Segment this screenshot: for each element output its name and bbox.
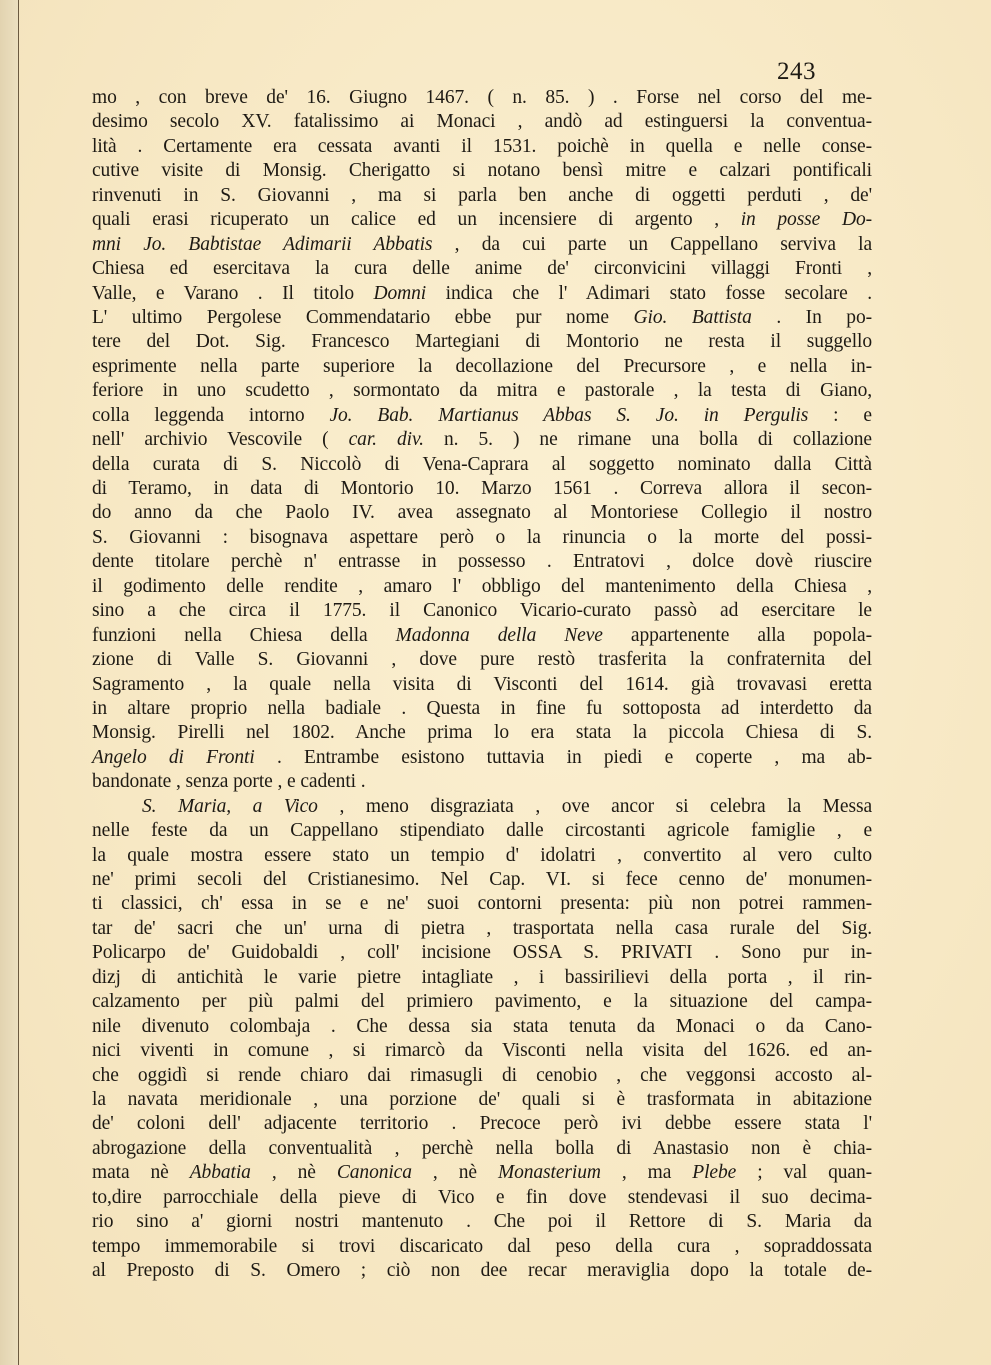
text-segment: zione di Valle S. Giovanni , dove pure r… [92, 649, 872, 670]
text-line: Chiesa ed esercitava la cura delle anime… [92, 257, 872, 281]
text-segment: bandonate , senza porte , e cadenti . [92, 771, 366, 792]
italic-text: Jo. Bab. Martianus Abbas S. Jo. in Pergu… [329, 405, 808, 426]
text-line: do anno da che Paolo IV. avea assegnato … [92, 501, 872, 525]
text-segment: di Teramo, in data di Montorio 10. Marzo… [92, 478, 872, 499]
text-line: S. Giovanni : bisognava aspettare però o… [92, 526, 872, 550]
text-segment: rinvenuti in S. Giovanni , ma si parla b… [92, 185, 872, 206]
text-line: sino a che circa il 1775. il Canonico Vi… [92, 599, 872, 623]
text-segment: feriore in uno scudetto , sormontato da … [92, 380, 872, 401]
text-line: rio sino a' giorni nostri mantenuto . Ch… [92, 1210, 872, 1234]
italic-text: Madonna della Neve [396, 625, 603, 646]
text-line: mni Jo. Babtistae Adimarii Abbatis , da … [92, 233, 872, 257]
text-segment: che oggidì si rende chiaro dai rimasugli… [92, 1065, 872, 1086]
text-segment: to,dire parrocchiale della pieve di Vico… [92, 1187, 872, 1208]
text-segment: ; val quan- [736, 1162, 872, 1183]
text-segment: la quale mostra essere stato un tempio d… [92, 845, 872, 866]
text-segment: , ma [601, 1162, 692, 1183]
text-segment: mata nè [92, 1162, 190, 1183]
text-line: ne' primi secoli del Cristianesimo. Nel … [92, 868, 872, 892]
text-segment: mo , con breve de' 16. Giugno 1467. ( n.… [92, 87, 872, 108]
italic-text: Angelo di Fronti [92, 747, 255, 768]
text-line: de' coloni dell' adjacente territorio . … [92, 1112, 872, 1136]
italic-text: Canonica [337, 1162, 412, 1183]
text-line: Valle, e Varano . Il titolo Domni indica… [92, 282, 872, 306]
text-segment: de' coloni dell' adjacente territorio . … [92, 1113, 872, 1134]
text-segment: S. Giovanni : bisognava aspettare però o… [92, 527, 872, 548]
italic-text: Abbatia [190, 1162, 251, 1183]
text-line: di Teramo, in data di Montorio 10. Marzo… [92, 477, 872, 501]
text-line: la quale mostra essere stato un tempio d… [92, 844, 872, 868]
text-line: abrogazione della conventualità , perchè… [92, 1137, 872, 1161]
text-segment: , nè [412, 1162, 498, 1183]
text-segment: della curata di S. Niccolò di Vena-Capra… [92, 454, 872, 475]
text-segment: , da cui parte un Cappellano serviva la [432, 234, 872, 255]
text-line: tempo immemorabile si trovi discaricato … [92, 1235, 872, 1259]
italic-text: Plebe [692, 1162, 736, 1183]
text-segment: nell' archivio Vescovile ( [92, 429, 349, 450]
text-segment: . Entrambe esistono tuttavia in piedi e … [255, 747, 872, 768]
text-segment: tempo immemorabile si trovi discaricato … [92, 1236, 872, 1257]
text-segment: Monsig. Pirelli nel 1802. Anche prima lo… [92, 722, 872, 743]
text-line: nell' archivio Vescovile ( car. div. n. … [92, 428, 872, 452]
text-segment: abrogazione della conventualità , perchè… [92, 1138, 872, 1159]
text-segment: Chiesa ed esercitava la cura delle anime… [92, 258, 872, 279]
text-line: il godimento delle rendite , amaro l' ob… [92, 575, 872, 599]
text-segment: : e [808, 405, 872, 426]
text-segment: do anno da che Paolo IV. avea assegnato … [92, 502, 872, 523]
text-segment: dente titolare perchè n' entrasse in pos… [92, 551, 872, 572]
text-segment: nici viventi in comune , si rimarcò da V… [92, 1040, 872, 1061]
text-segment: L' ultimo Pergolese Commendatario ebbe p… [92, 307, 634, 328]
text-segment: Sagramento , la quale nella visita di Vi… [92, 674, 872, 695]
text-segment: quali erasi ricuperato un calice ed un i… [92, 209, 741, 230]
text-segment: rio sino a' giorni nostri mantenuto . Ch… [92, 1211, 872, 1232]
text-segment: . In po- [752, 307, 872, 328]
text-line: funzioni nella Chiesa della Madonna dell… [92, 624, 872, 648]
text-segment: appartenente alla popola- [603, 625, 872, 646]
text-line: Monsig. Pirelli nel 1802. Anche prima lo… [92, 721, 872, 745]
text-line: nelle feste da un Cappellano stipendiato… [92, 819, 872, 843]
italic-text: Domni [374, 283, 427, 304]
text-line: la navata meridionale , una porzione de'… [92, 1088, 872, 1112]
text-line: dente titolare perchè n' entrasse in pos… [92, 550, 872, 574]
text-line: Angelo di Fronti . Entrambe esistono tut… [92, 746, 872, 770]
italic-text: in posse Do- [741, 209, 872, 230]
text-segment: colla leggenda intorno [92, 405, 329, 426]
text-line: S. Maria, a Vico , meno disgraziata , ov… [92, 795, 872, 819]
italic-text: mni Jo. Babtistae Adimarii Abbatis [92, 234, 432, 255]
text-line: Sagramento , la quale nella visita di Vi… [92, 673, 872, 697]
italic-text: S. Maria, a Vico [142, 796, 318, 817]
text-line: tere del Dot. Sig. Francesco Martegiani … [92, 330, 872, 354]
text-line: colla leggenda intorno Jo. Bab. Martianu… [92, 404, 872, 428]
text-line: quali erasi ricuperato un calice ed un i… [92, 208, 872, 232]
book-page: 243 mo , con breve de' 16. Giugno 1467. … [19, 0, 991, 1365]
text-line: in altare proprio nella badiale . Questa… [92, 697, 872, 721]
text-line: bandonate , senza porte , e cadenti . [92, 770, 872, 794]
text-line: desimo secolo XV. fatalissimo ai Monaci … [92, 110, 872, 134]
text-segment: in altare proprio nella badiale . Questa… [92, 698, 872, 719]
text-segment: calzamento per più palmi del primiero pa… [92, 991, 872, 1012]
italic-text: Monasterium [498, 1162, 601, 1183]
text-line: Policarpo de' Guidobaldi , coll' incisio… [92, 941, 872, 965]
text-segment: ne' primi secoli del Cristianesimo. Nel … [92, 869, 872, 890]
text-segment: al Preposto di S. Omero ; ciò non dee re… [92, 1260, 872, 1281]
text-segment: funzioni nella Chiesa della [92, 625, 396, 646]
text-line: lità . Certamente era cessata avanti il … [92, 135, 872, 159]
text-segment: indica che l' Adimari stato fosse secola… [426, 283, 872, 304]
text-line: L' ultimo Pergolese Commendatario ebbe p… [92, 306, 872, 330]
text-line: rinvenuti in S. Giovanni , ma si parla b… [92, 184, 872, 208]
text-segment: il godimento delle rendite , amaro l' ob… [92, 576, 872, 597]
text-segment: cutive visite di Monsig. Cherigatto si n… [92, 160, 872, 181]
italic-text: Gio. Battista [634, 307, 752, 328]
text-line: esprimente nella parte superiore la deco… [92, 355, 872, 379]
text-line: calzamento per più palmi del primiero pa… [92, 990, 872, 1014]
text-line: cutive visite di Monsig. Cherigatto si n… [92, 159, 872, 183]
text-segment: Valle, e Varano . Il titolo [92, 283, 374, 304]
text-segment: dizj di antichità le varie pietre intagl… [92, 967, 872, 988]
text-segment: nelle feste da un Cappellano stipendiato… [92, 820, 872, 841]
body-text: mo , con breve de' 16. Giugno 1467. ( n.… [92, 86, 872, 1283]
text-segment: esprimente nella parte superiore la deco… [92, 356, 872, 377]
text-line: tar de' sacri che un' urna di pietra , t… [92, 917, 872, 941]
text-line: che oggidì si rende chiaro dai rimasugli… [92, 1064, 872, 1088]
text-line: nici viventi in comune , si rimarcò da V… [92, 1039, 872, 1063]
page-number: 243 [777, 58, 816, 86]
italic-text: car. div. [349, 429, 424, 450]
text-line: dizj di antichità le varie pietre intagl… [92, 966, 872, 990]
text-segment: lità . Certamente era cessata avanti il … [92, 136, 872, 157]
text-segment: , nè [251, 1162, 337, 1183]
text-line: to,dire parrocchiale della pieve di Vico… [92, 1186, 872, 1210]
text-segment: desimo secolo XV. fatalissimo ai Monaci … [92, 111, 872, 132]
text-line: nile divenuto colombaja . Che dessa sia … [92, 1015, 872, 1039]
text-segment: n. 5. ) ne rimane una bolla di collazion… [424, 429, 872, 450]
text-line: zione di Valle S. Giovanni , dove pure r… [92, 648, 872, 672]
book-gutter [0, 0, 19, 1365]
text-line: feriore in uno scudetto , sormontato da … [92, 379, 872, 403]
text-segment: la navata meridionale , una porzione de'… [92, 1089, 872, 1110]
text-line: della curata di S. Niccolò di Vena-Capra… [92, 453, 872, 477]
text-line: ti classici, ch' essa in se e ne' suoi c… [92, 892, 872, 916]
text-line: al Preposto di S. Omero ; ciò non dee re… [92, 1259, 872, 1283]
text-segment: sino a che circa il 1775. il Canonico Vi… [92, 600, 872, 621]
text-segment: Policarpo de' Guidobaldi , coll' incisio… [92, 942, 872, 963]
text-segment: tar de' sacri che un' urna di pietra , t… [92, 918, 872, 939]
text-line: mata nè Abbatia , nè Canonica , nè Monas… [92, 1161, 872, 1185]
text-segment: , meno disgraziata , ove ancor si celebr… [318, 796, 872, 817]
text-line: mo , con breve de' 16. Giugno 1467. ( n.… [92, 86, 872, 110]
text-segment: nile divenuto colombaja . Che dessa sia … [92, 1016, 872, 1037]
text-segment: ti classici, ch' essa in se e ne' suoi c… [92, 893, 872, 914]
text-segment: tere del Dot. Sig. Francesco Martegiani … [92, 331, 872, 352]
